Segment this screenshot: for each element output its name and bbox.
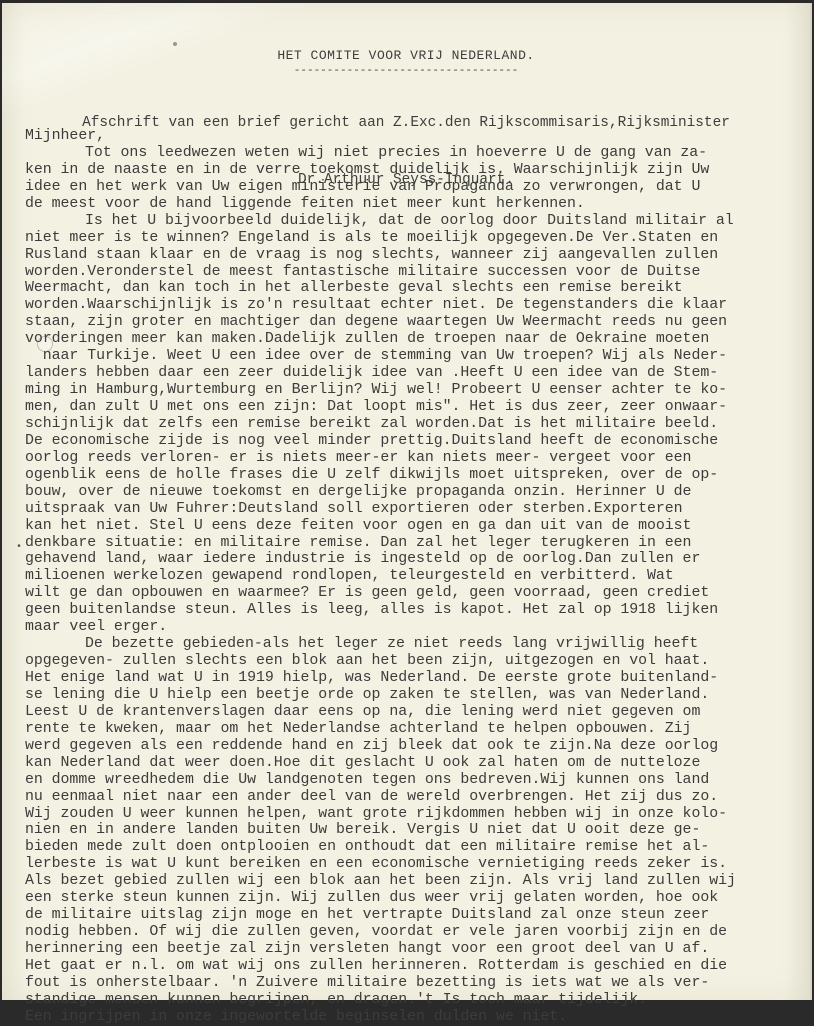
letter-line: Leest U de krantenverslagen daar eens op… [25, 704, 800, 721]
letter-line: worden.Waarschijnlijk is zo'n resultaat … [25, 297, 800, 314]
letter-line: ming in Hamburg,Wurtemburg en Berlijn? W… [25, 382, 800, 399]
letter-line: Tot ons leedwezen weten wij niet precies… [25, 145, 800, 162]
letter-line: de meest voor de hand liggende feiten ni… [25, 196, 800, 213]
letter-line: nodig hebben. Of wij die zullen geven, v… [25, 924, 800, 941]
letter-line: schijnlijk dat zelfs een remise bereikt … [25, 416, 800, 433]
letter-line: maar veel erger. [25, 619, 800, 636]
ink-spot [173, 42, 177, 46]
document-heading: HET COMITE VOOR VRIJ NEDERLAND. [2, 48, 810, 63]
letter-line: idee en het werk van Uw eigen ministerie… [25, 179, 800, 196]
letter-line: kan Nederland dat weer doen.Hoe dit gesl… [25, 755, 800, 772]
letter-line: nien en in andere landen buiten Uw berei… [25, 822, 800, 839]
letter-line: vorderingen meer kan maken.Dadelijk zull… [25, 331, 800, 348]
letter-line: de militaire uitslag zijn moge en het ve… [25, 907, 800, 924]
letter-line: geen buitenlandse steun. Alles is leeg, … [25, 602, 800, 619]
letter-line: standige mensen kunnen begrijpen, en dra… [25, 992, 800, 1000]
letter-line: een sterke steun kunnen zijn. Wij zullen… [25, 890, 800, 907]
letter-line: Rusland staan klaar en de vraag is nog s… [25, 247, 800, 264]
letter-line: uitspraak van Uw Fuhrer:Deutsland soll e… [25, 501, 800, 518]
letter-line: rente te kweken, maar om het Nederlandse… [25, 721, 800, 738]
margin-mark: • [16, 542, 22, 553]
letter-line: De bezette gebieden-als het leger ze nie… [25, 636, 800, 653]
letter-line: werd gegeven als een reddende hand en zi… [25, 738, 800, 755]
letter-line: Is het U bijvoorbeeld duidelijk, dat de … [25, 213, 800, 230]
letter-line: ken in de naaste en in de verre toekomst… [25, 162, 800, 179]
letter-line: herinnering een beetje zal zijn verslete… [25, 941, 800, 958]
heading-underline: ---------------------------------- [2, 67, 810, 75]
letter-line: staan, zijn groter en machtiger dan dege… [25, 314, 800, 331]
letter-line: De economische zijde is nog veel minder … [25, 433, 800, 450]
letter-line: niet meer is te winnen? Engeland is als … [25, 230, 800, 247]
letter-line: kan het niet. Stel U eens deze feiten vo… [25, 518, 800, 535]
letter-line: Als bezet gebied zullen wij een blok aan… [25, 873, 800, 890]
letter-line: nu eenmaal niet naar een ander deel van … [25, 789, 800, 806]
letter-line: bieden mede zult doen ontplooien en onth… [25, 839, 800, 856]
letter-line: worden.Veronderstel de meest fantastisch… [25, 264, 800, 281]
letter-line: landers hebben daar een zeer duidelijk i… [25, 365, 800, 382]
letter-line: ogenblik eens de holle frases die U zelf… [25, 467, 800, 484]
letter-line: opgegeven- zullen slechts een blok aan h… [25, 653, 800, 670]
letter-line: naar Turkije. Weet U een idee over de st… [25, 348, 800, 365]
letter-line: lerbeste is wat U kunt bereiken en een e… [25, 856, 800, 873]
letter-line: milioenen werkelozen gewapend rondlopen,… [25, 568, 800, 585]
letter-line: se lening die U hielp een beetje orde op… [25, 687, 800, 704]
letter-line: Het gaat er n.l. om wat wij ons zullen h… [25, 958, 800, 975]
salutation: Mijnheer, [25, 128, 800, 145]
letter-line: oorlog reeds verloren- er is niets meer-… [25, 450, 800, 467]
letter-line: wilt ge dan opbouwen en waarmee? Er is g… [25, 585, 800, 602]
letter-page: • HET COMITE VOOR VRIJ NEDERLAND. ------… [2, 3, 812, 1000]
letter-line: Weermacht, dan kan toch in het allerbest… [25, 280, 800, 297]
letter-line: Het enige land wat U in 1919 hielp, was … [25, 670, 800, 687]
letter-line: bouw, over de nieuwe toekomst en dergeli… [25, 484, 800, 501]
letter-line: denkbare situatie: en militaire remise. … [25, 535, 800, 552]
letter-body: Mijnheer, Tot ons leedwezen weten wij ni… [25, 128, 800, 1000]
letter-line: men, dan zult U met ons een zijn: Dat lo… [25, 399, 800, 416]
letter-line: fout is onherstelbaar. 'n Zuivere milita… [25, 975, 800, 992]
letter-line: gehavend land, waar iedere industrie is … [25, 551, 800, 568]
letter-line: Wij zouden U weer kunnen helpen, want gr… [25, 806, 800, 823]
letter-line: en domme wreedhedem die Uw landgenoten t… [25, 772, 800, 789]
